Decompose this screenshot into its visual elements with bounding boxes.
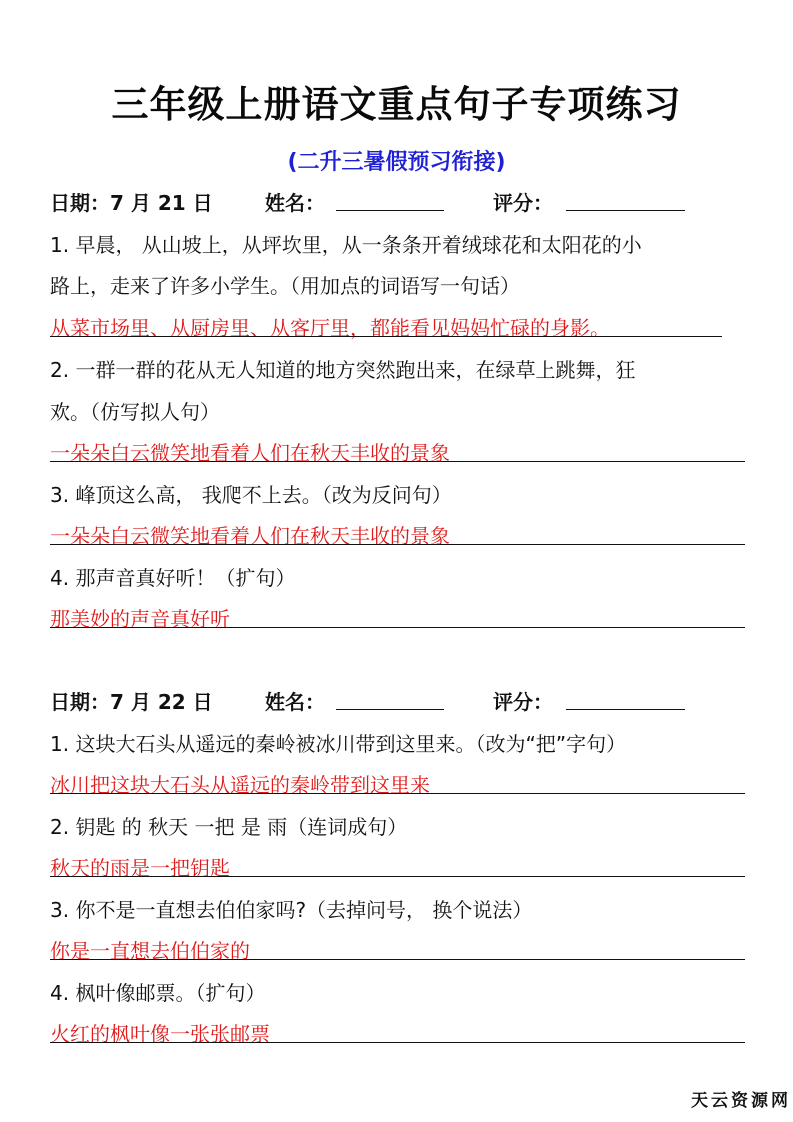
- score-label: 评分：: [493, 187, 553, 216]
- date-label: 日期：7 月 22 日: [50, 686, 213, 715]
- date-label: 日期：7 月 21 日: [50, 187, 213, 216]
- question-1: 1. 这块大石头从遥远的秦岭被冰川带到这里来。（改为“把”字句）: [50, 728, 626, 757]
- question-2-line-1: 2. 一群一群的花从无人知道的地方突然跑出来，在绿草上跳舞，狂: [50, 354, 635, 383]
- question-3: 3. 你不是一直想去伯伯家吗?（去掉问号， 换个说法）: [50, 894, 532, 923]
- question-2-line-2: 欢。（仿写拟人句）: [50, 396, 220, 425]
- score-blank-field[interactable]: [566, 709, 685, 710]
- answer-line: [50, 1042, 745, 1043]
- name-blank-field[interactable]: [336, 709, 444, 710]
- name-blank-field[interactable]: [336, 210, 444, 211]
- watermark-text: 天云资源网: [691, 1086, 791, 1111]
- name-label: 姓名：: [265, 187, 325, 216]
- answer-line: [50, 461, 745, 462]
- page-subtitle: (二升三暑假预习衔接): [0, 145, 793, 176]
- question-3: 3. 峰顶这么高， 我爬不上去。（改为反问句）: [50, 479, 452, 508]
- question-1-line-2: 路上，走来了许多小学生。（用加点的词语写一句话）: [50, 270, 520, 299]
- answer-line: [50, 959, 745, 960]
- question-4: 4. 那声音真好听！（扩句）: [50, 562, 295, 591]
- page-title: 三年级上册语文重点句子专项练习: [0, 74, 793, 128]
- score-label: 评分：: [493, 686, 553, 715]
- score-blank-field[interactable]: [566, 210, 685, 211]
- question-4: 4. 枫叶像邮票。（扩句）: [50, 977, 265, 1006]
- answer-line: [50, 544, 745, 545]
- name-label: 姓名：: [265, 686, 325, 715]
- answer-line: [50, 876, 745, 877]
- answer-line: [50, 336, 722, 337]
- answer-line: [50, 793, 745, 794]
- answer-line: [50, 627, 745, 628]
- question-2: 2. 钥匙 的 秋天 一把 是 雨（连词成句）: [50, 811, 407, 840]
- question-1-line-1: 1. 早晨， 从山坡上，从坪坎里，从一条条开着绒球花和太阳花的小: [50, 229, 642, 258]
